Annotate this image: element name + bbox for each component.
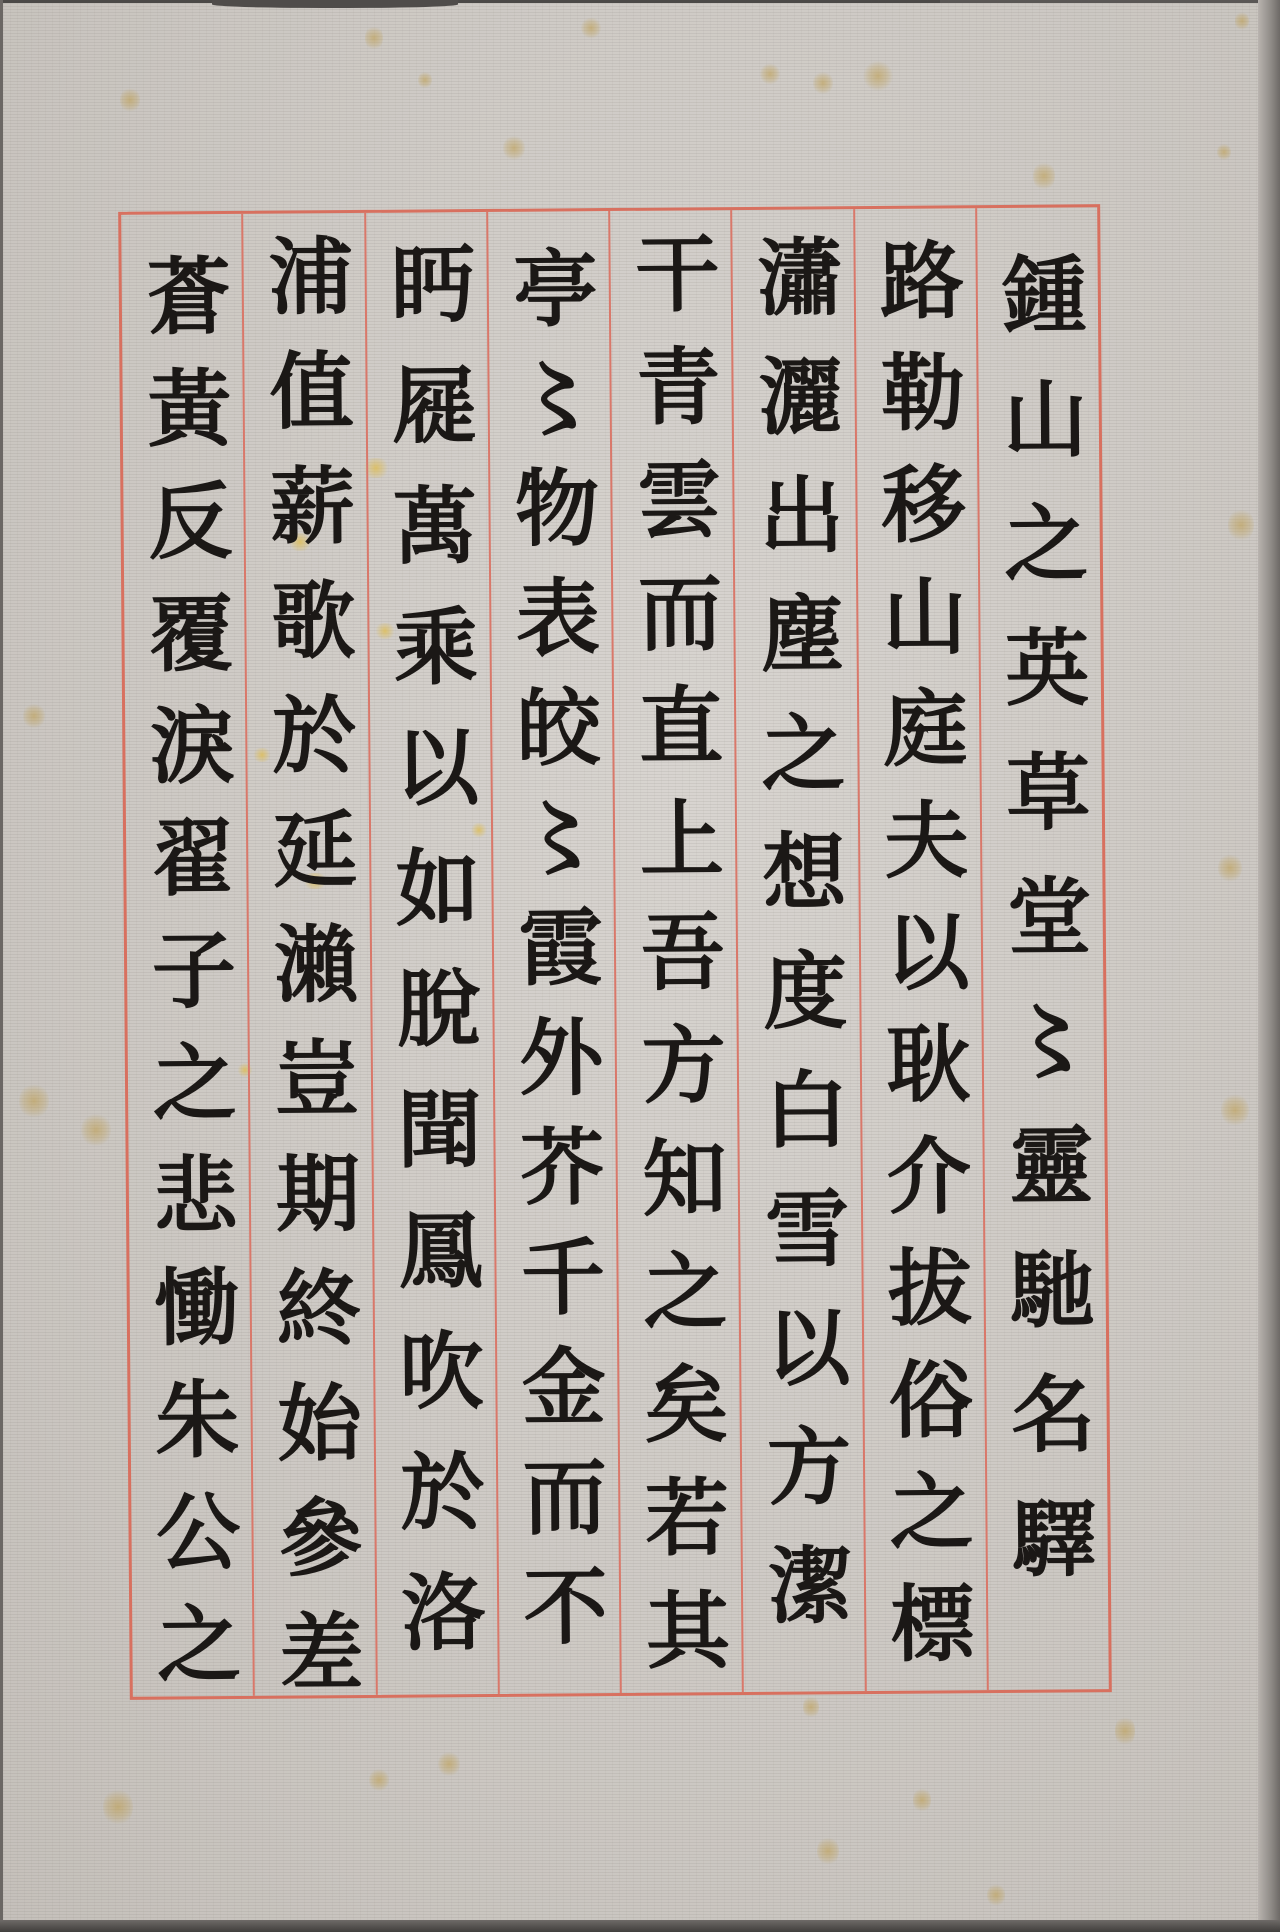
stain-spot bbox=[1217, 143, 1231, 161]
stain-spot bbox=[760, 63, 780, 85]
text-column-1: 鍾山之英草堂〻靈馳名驛 bbox=[975, 207, 1109, 1690]
stain-spot bbox=[987, 1883, 1005, 1907]
stain-spot bbox=[23, 703, 45, 729]
text-column-8: 蒼黃反覆淚翟子之悲慟朱公之 bbox=[121, 214, 253, 1697]
stain-spot bbox=[1221, 1093, 1249, 1127]
stain-spot bbox=[803, 1695, 819, 1719]
stain-spot bbox=[817, 1836, 839, 1866]
stain-spot bbox=[813, 71, 833, 95]
text-column-6: 眄屣萬乘以如脫聞鳳吹於洛 bbox=[364, 212, 498, 1695]
column-text: 路勒移山庭夫以耿介拔俗之標 bbox=[855, 236, 986, 1664]
text-column-4: 干青雲而直上吾方知之矣若其 bbox=[608, 210, 742, 1693]
stain-spot bbox=[81, 1113, 111, 1147]
stain-spot bbox=[19, 1083, 49, 1119]
background-edge-bottom bbox=[0, 1920, 1280, 1932]
stain-spot bbox=[103, 1788, 133, 1826]
stain-spot bbox=[120, 87, 140, 113]
stain-spot bbox=[438, 1751, 460, 1777]
stain-spot bbox=[581, 17, 601, 39]
stain-spot bbox=[1228, 508, 1254, 542]
column-text: 蒼黃反覆淚翟子之悲慟朱公之 bbox=[121, 252, 252, 1685]
stain-spot bbox=[418, 71, 432, 89]
stain-spot bbox=[365, 25, 383, 51]
column-text: 浦值薪歌於延瀨豈期終始參差 bbox=[244, 232, 376, 1693]
stain-spot bbox=[913, 1787, 931, 1813]
column-text: 眄屣萬乘以如脫聞鳳吹於洛 bbox=[366, 240, 497, 1653]
stain-spot bbox=[863, 61, 893, 91]
stain-spot bbox=[1033, 161, 1055, 191]
stain-spot bbox=[1235, 11, 1249, 31]
text-column-2: 路勒移山庭夫以耿介拔俗之標 bbox=[853, 208, 987, 1691]
text-column-7: 浦值薪歌於延瀨豈期終始參差 bbox=[241, 213, 375, 1696]
column-text: 鍾山之英草堂〻靈馳名驛 bbox=[977, 250, 1108, 1579]
column-text: 亭〻物表皎〻霞外芥千金而不 bbox=[488, 244, 619, 1647]
column-text: 干青雲而直上吾方知之矣若其 bbox=[610, 229, 742, 1671]
background-gap-top bbox=[212, 0, 458, 8]
background-gap-top-right bbox=[940, 0, 1280, 3]
column-text: 瀟灑出塵之想度白雪以方潔 bbox=[733, 233, 864, 1626]
stain-spot bbox=[1218, 853, 1242, 883]
stain-spot bbox=[503, 135, 525, 161]
background-edge-right bbox=[1258, 0, 1280, 1932]
stain-spot bbox=[1115, 1715, 1135, 1747]
stain-spot bbox=[369, 1768, 389, 1792]
text-column-3: 瀟灑出塵之想度白雪以方潔 bbox=[730, 209, 864, 1692]
grid-frame: 鍾山之英草堂〻靈馳名驛 路勒移山庭夫以耿介拔俗之標 瀟灑出塵之想度白雪以方潔 干… bbox=[118, 204, 1112, 1700]
text-column-5: 亭〻物表皎〻霞外芥千金而不 bbox=[486, 211, 620, 1694]
